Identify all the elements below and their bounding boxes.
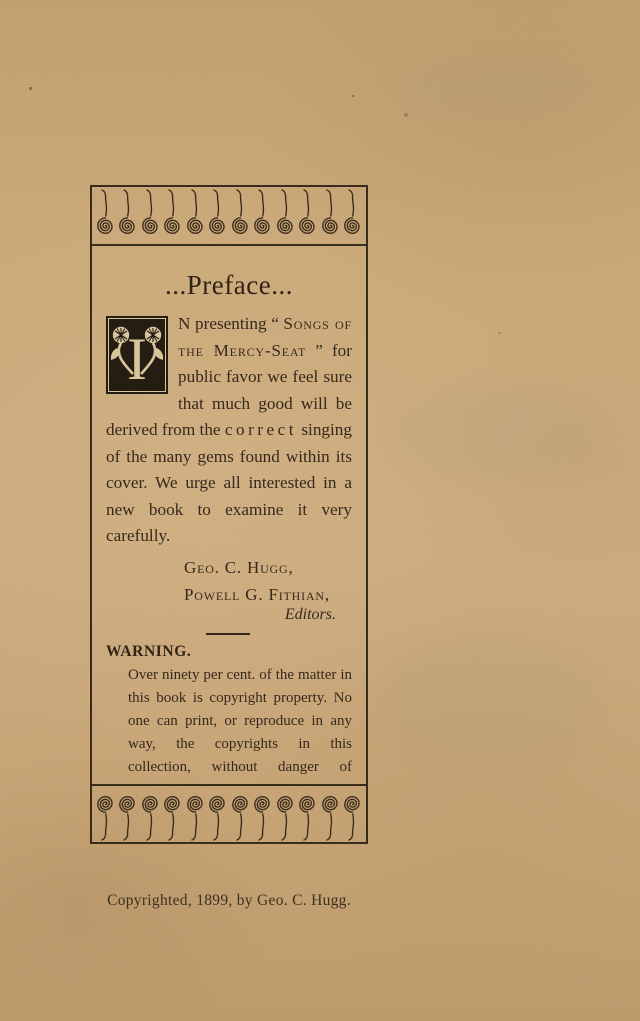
- paper-speck: [352, 95, 354, 97]
- paper-speck: [29, 87, 32, 90]
- spiral-ornament-icon: [140, 789, 161, 842]
- preface-text-start: N presenting “: [178, 314, 283, 333]
- ornament-band-bottom: [92, 784, 366, 842]
- editor-signature-1: Geo. C. Hugg,: [184, 554, 352, 581]
- spiral-ornament-icon: [95, 188, 116, 241]
- spiral-ornament-icon: [275, 188, 296, 241]
- spiral-ornament-icon: [275, 789, 296, 842]
- spiral-ornament-icon: [252, 789, 273, 842]
- show-through-smudge: [397, 55, 589, 120]
- preface-content: ...Preface...: [92, 246, 366, 784]
- editor-signatures: Geo. C. Hugg, Powell G. Fithian,: [106, 554, 352, 608]
- spiral-ornament-icon: [230, 789, 251, 842]
- show-through-smudge: [386, 636, 596, 768]
- editor-signature-2: Powell G. Fithian,: [184, 581, 352, 608]
- paper-speck: [404, 113, 408, 117]
- spiral-ornament-icon: [342, 188, 363, 241]
- ornament-band-top: [92, 187, 366, 246]
- spiral-ornament-icon: [207, 188, 228, 241]
- spiral-ornament-icon: [252, 188, 273, 241]
- spiral-ornament-icon: [320, 789, 341, 842]
- book-page: ...Preface...: [0, 0, 640, 1021]
- preface-heading: ...Preface...: [106, 270, 352, 301]
- spiral-ornament-icon: [185, 789, 206, 842]
- warning-heading: WARNING.: [106, 643, 352, 661]
- show-through-smudge: [392, 388, 597, 480]
- section-divider: [206, 633, 250, 635]
- spiral-ornament-icon: [185, 188, 206, 241]
- warning-text: Over ninety per cent. of the matter in t…: [128, 664, 352, 785]
- spiral-ornament-icon: [95, 789, 116, 842]
- spiral-ornament-icon: [297, 188, 318, 241]
- spiral-ornament-icon: [162, 188, 183, 241]
- spiral-ornament-icon: [162, 789, 183, 842]
- preface-frame: ...Preface...: [90, 185, 368, 844]
- drop-cap-ornate-icon: I: [106, 316, 168, 394]
- spiral-ornament-icon: [320, 188, 341, 241]
- editors-role-label: Editors.: [106, 606, 352, 624]
- spiral-ornament-icon: [230, 188, 251, 241]
- drop-cap-letter: I: [127, 326, 147, 392]
- spiral-ornament-icon: [117, 188, 138, 241]
- spiral-ornament-icon: [117, 789, 138, 842]
- spiral-ornament-icon: [140, 188, 161, 241]
- spiral-ornament-icon: [297, 789, 318, 842]
- drop-cap-initial: I: [106, 316, 168, 394]
- preface-emphasized-word: correct: [225, 420, 297, 439]
- spiral-ornament-icon: [207, 789, 228, 842]
- spiral-ornament-icon: [342, 789, 363, 842]
- copyright-line: Copyrighted, 1899, by Geo. C. Hugg.: [90, 892, 368, 910]
- paper-speck: [498, 332, 501, 334]
- preface-paragraph: I N presenting “ Songs of the Mercy-Seat…: [106, 311, 352, 550]
